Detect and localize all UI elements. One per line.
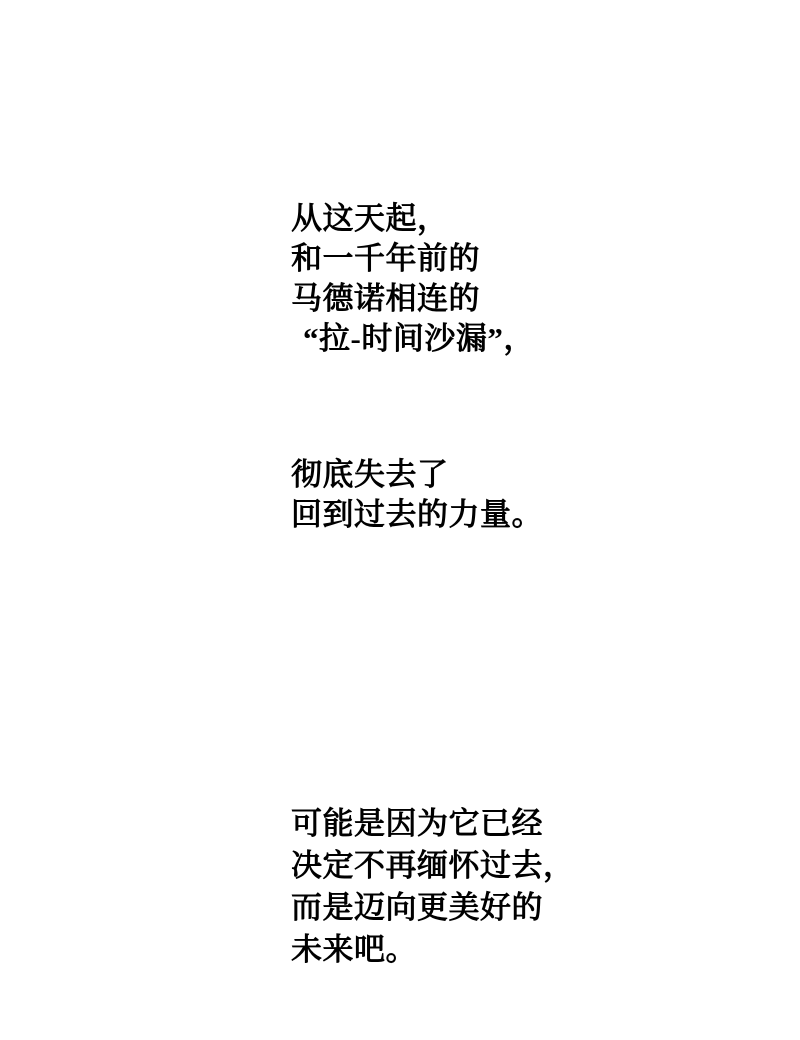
narration-line: 彻底失去了 — [291, 455, 543, 495]
comic-page: 从这天起， 和一千年前的 马德诺相连的 “拉-时间沙漏”， 彻底失去了 回到过去… — [0, 0, 800, 1040]
narration-line: 决定不再缅怀过去， — [291, 845, 575, 887]
narration-line: 未来吧。 — [291, 929, 575, 971]
narration-block-2: 彻底失去了 回到过去的力量。 — [291, 455, 543, 535]
narration-block-3: 可能是因为它已经 决定不再缅怀过去， 而是迈向更美好的 未来吧。 — [291, 803, 575, 971]
narration-line: 回到过去的力量。 — [291, 495, 543, 535]
narration-line: 可能是因为它已经 — [291, 803, 575, 845]
narration-line: 而是迈向更美好的 — [291, 887, 575, 929]
narration-line: 和一千年前的 — [291, 239, 535, 279]
narration-line: “拉-时间沙漏”， — [291, 319, 535, 359]
narration-line: 马德诺相连的 — [291, 279, 535, 319]
narration-block-1: 从这天起， 和一千年前的 马德诺相连的 “拉-时间沙漏”， — [291, 199, 535, 359]
narration-line: 从这天起， — [291, 199, 535, 239]
